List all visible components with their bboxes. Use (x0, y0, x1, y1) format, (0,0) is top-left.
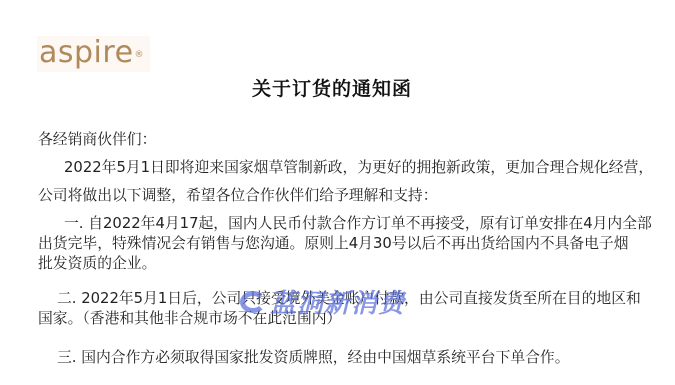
registered-mark: ® (135, 50, 145, 60)
item-2-line-2: 国家。（香港和其他非合规市场不在此范围内） (38, 310, 341, 328)
intro-line-1: 2022年5月1日即将迎来国家烟草管制新政，为更好的拥抱新政策，更加合理合规化经… (64, 159, 653, 177)
document-title: 关于订货的通知函 (252, 74, 412, 101)
item-3-line-1: 三. 国内合作方必须取得国家批发资质牌照，经由中国烟草系统平台下单合作。 (57, 349, 570, 367)
item-2-line-1: 二. 2022年5月1日后，公司只接受境外美金账户付款，由公司直接发货至所在目的… (57, 290, 641, 308)
item-1-line-1: 一. 自2022年4月17起，国内人民币付款合作方订单不再接受，原有订单安排在4… (64, 215, 652, 233)
logo-text: aspire (39, 35, 134, 70)
salutation: 各经销商伙伴们： (38, 131, 156, 149)
aspire-logo: aspire® (37, 36, 150, 72)
item-1-line-3: 批发资质的企业。 (38, 255, 156, 273)
item-1-line-2: 出货完毕，特殊情况会有销售与您沟通。原则上4月30号以后不再出货给国内不具备电子… (38, 235, 629, 253)
intro-line-2: 公司将做出以下调整，希望各位合作伙伴们给予理解和支持： (38, 187, 438, 205)
